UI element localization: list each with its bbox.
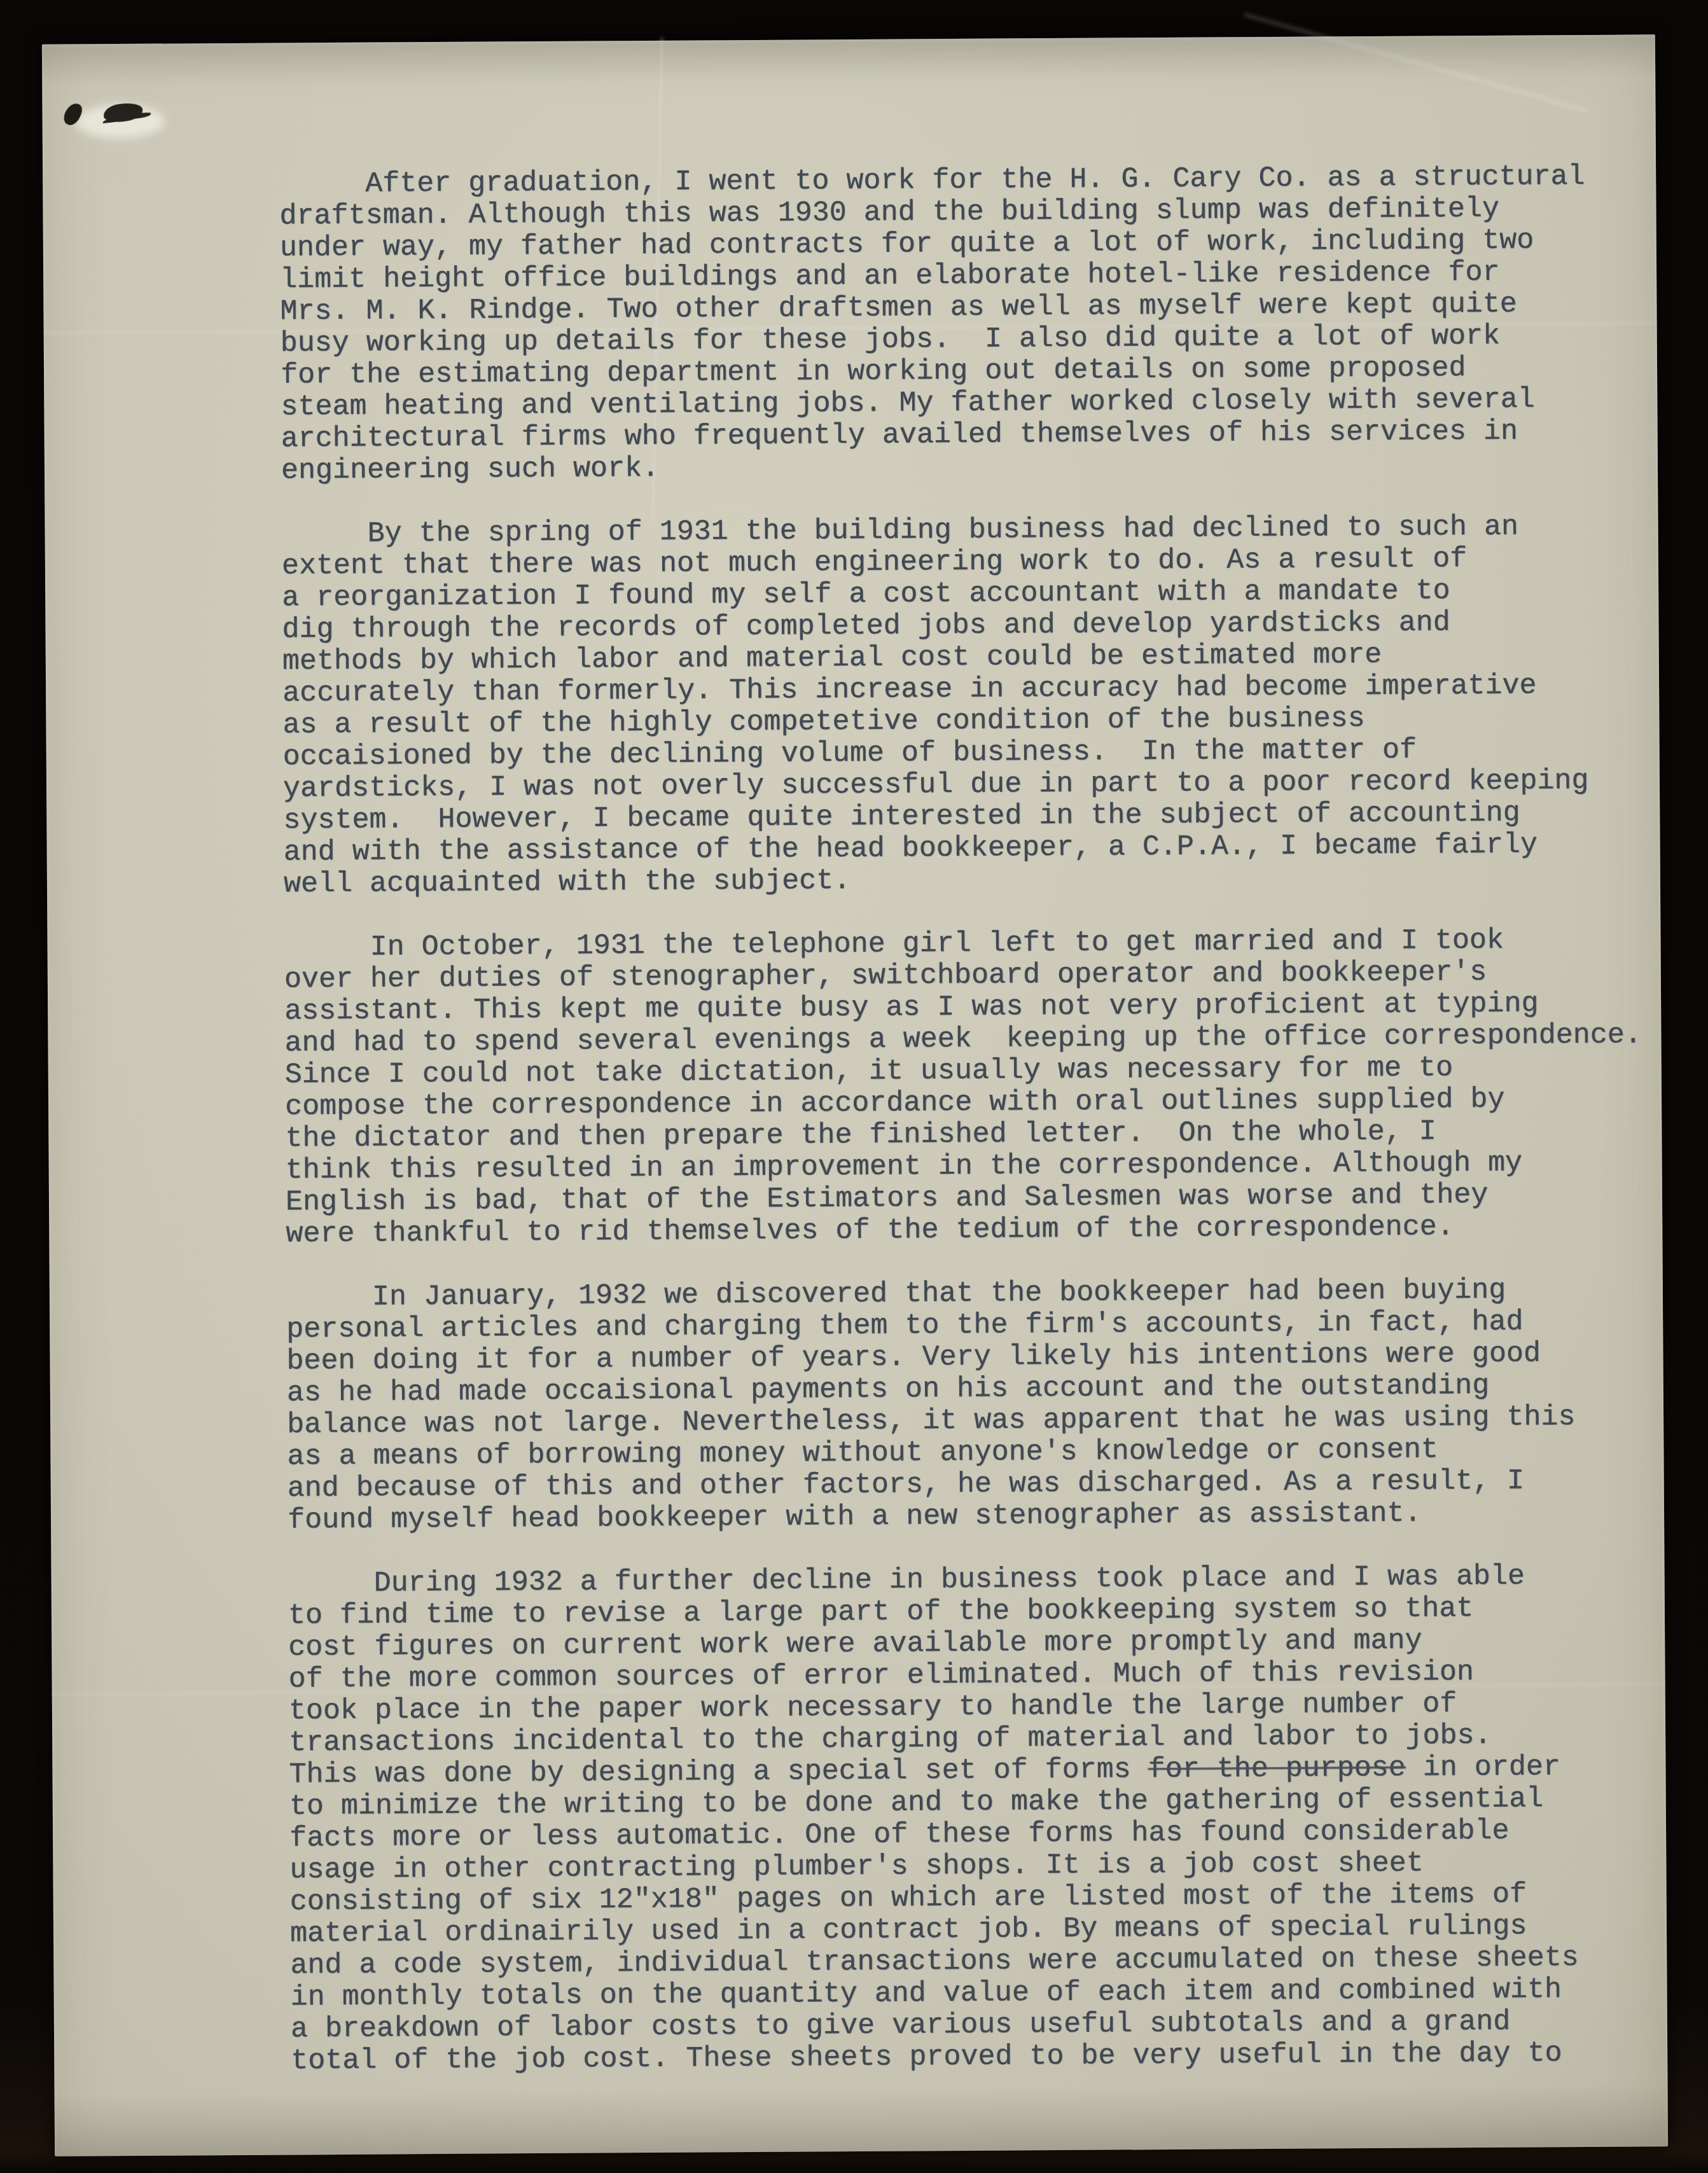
paragraph: By the spring of 1931 the building busin… [281,510,1690,900]
text-segment: in order [1406,1751,1560,1784]
typewritten-text: After graduation, I went to work for the… [279,160,1697,2077]
text-line: engineering such work. [281,447,1687,487]
text-line: were thankful to rid themselves of the t… [286,1210,1691,1250]
text-line: total of the job cost. These sheets prov… [291,2037,1697,2077]
paragraph: In January, 1932 we discovered that the … [286,1274,1693,1536]
paragraph: During 1932 a further decline in busines… [288,1560,1697,2077]
struck-text: for the purpose [1148,1752,1406,1786]
text-line: found myself head bookkeeper with a new … [288,1496,1693,1536]
text-line: well acquainted with the subject. [284,860,1690,900]
paragraph: After graduation, I went to work for the… [279,160,1687,487]
document-page: After graduation, I went to work for the… [42,34,1668,2156]
paragraph: In October, 1931 the telephone girl left… [284,924,1691,1250]
